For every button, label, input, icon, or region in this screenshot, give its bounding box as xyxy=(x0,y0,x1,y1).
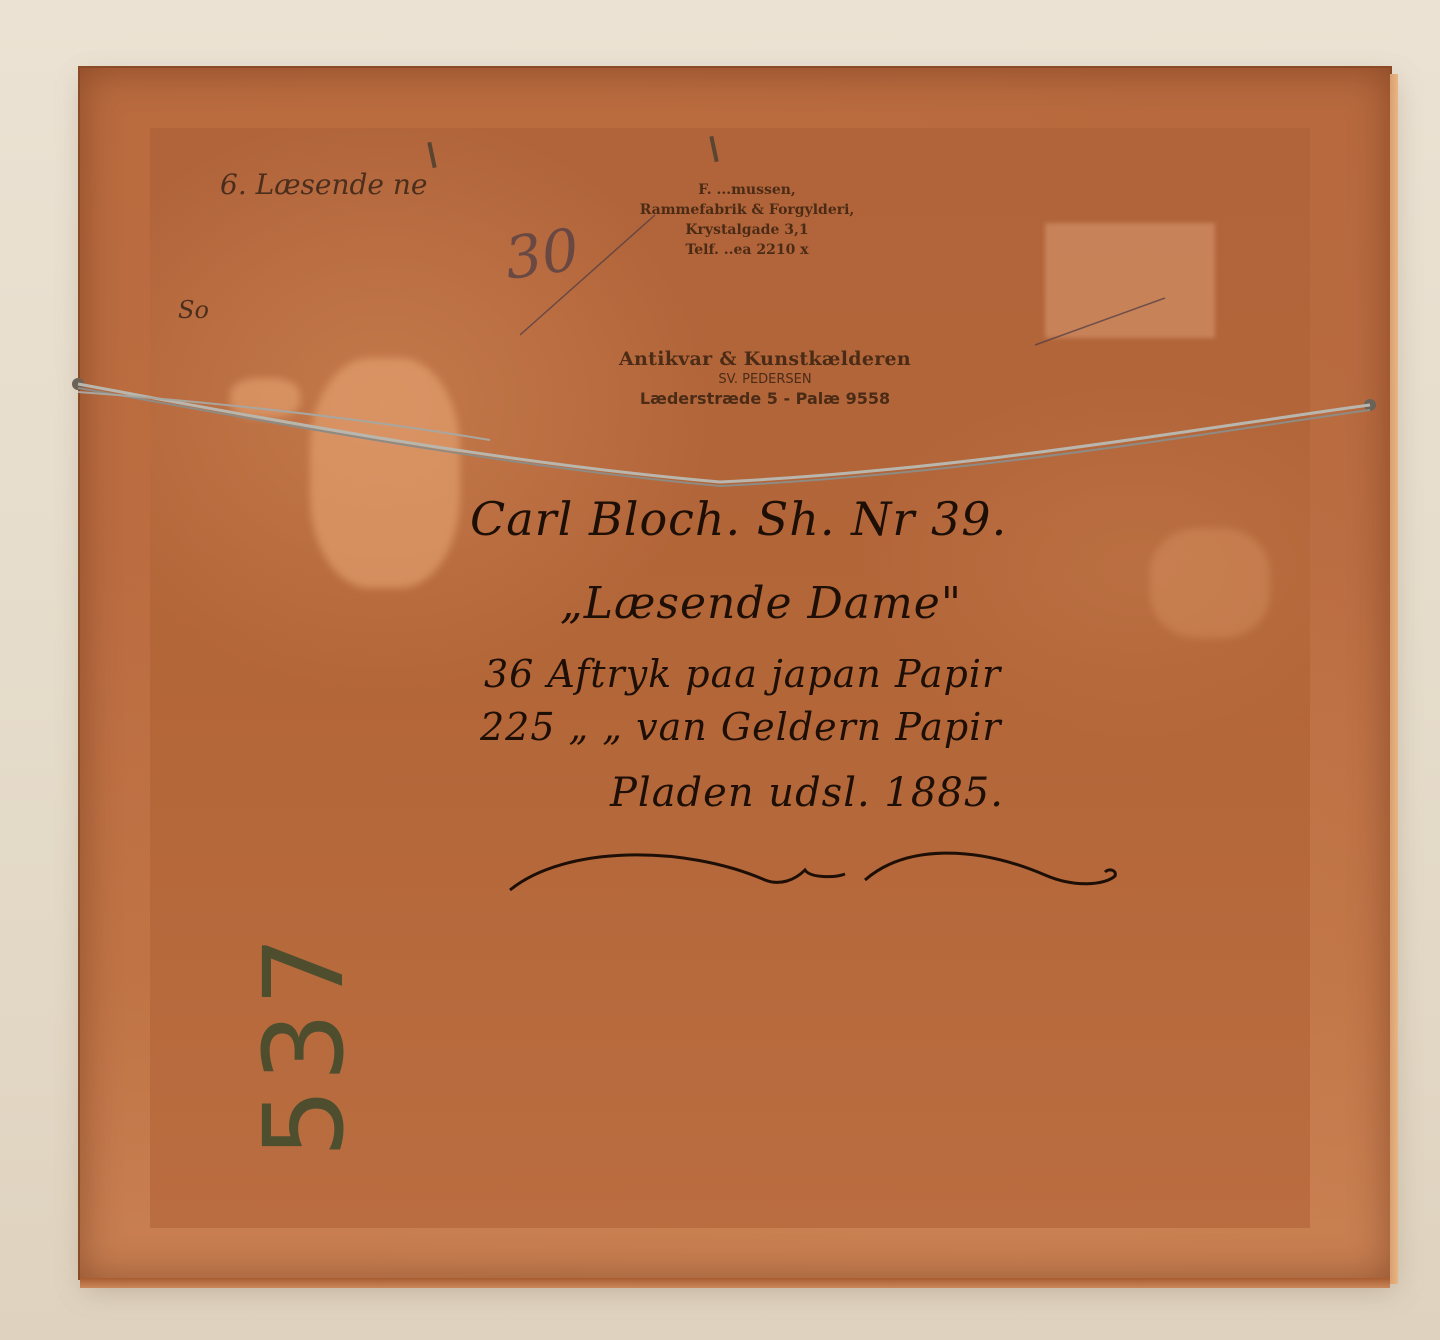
torn-patch xyxy=(230,378,300,418)
framer-stamp-business: Rammefabrik & Forgylderi, xyxy=(612,200,882,220)
frame-edge-right xyxy=(1390,74,1398,1284)
inscription-edition-geldern: 225 „ „ van Geldern Papir xyxy=(480,705,1002,749)
inscription-title-line: „Læsende Dame" xyxy=(560,578,962,629)
pencil-side-mark: So xyxy=(178,296,209,324)
inventory-number: 537 xyxy=(240,930,368,1158)
water-stain xyxy=(310,358,460,588)
dealer-stamp-owner: SV. PEDERSEN xyxy=(585,372,945,387)
dealer-stamp: Antikvar & Kunstkælderen SV. PEDERSEN Læ… xyxy=(585,348,945,408)
ink-flourish xyxy=(505,840,1125,900)
dealer-stamp-name: Antikvar & Kunstkælderen xyxy=(585,348,945,370)
frame-edge-bottom xyxy=(80,1278,1390,1288)
framer-stamp-name: F. ...mussen, xyxy=(612,180,882,200)
pencil-title-note: 6. Læsende ne xyxy=(220,168,428,201)
glue-stain xyxy=(1150,528,1270,638)
inscription-edition-japan: 36 Aftryk paa japan Papir xyxy=(484,652,1001,696)
pencil-line xyxy=(1030,290,1170,350)
dealer-stamp-address: Læderstræde 5 - Palæ 9558 xyxy=(585,389,945,408)
inscription-artist-line: Carl Bloch. Sh. Nr 39. xyxy=(470,492,1007,546)
framer-stamp: F. ...mussen, Rammefabrik & Forgylderi, … xyxy=(612,180,882,260)
framer-stamp-phone: Telf. ..ea 2210 x xyxy=(612,240,882,260)
framer-stamp-address: Krystalgade 3,1 xyxy=(612,220,882,240)
inscription-plate-date: Pladen udsl. 1885. xyxy=(610,770,1004,816)
